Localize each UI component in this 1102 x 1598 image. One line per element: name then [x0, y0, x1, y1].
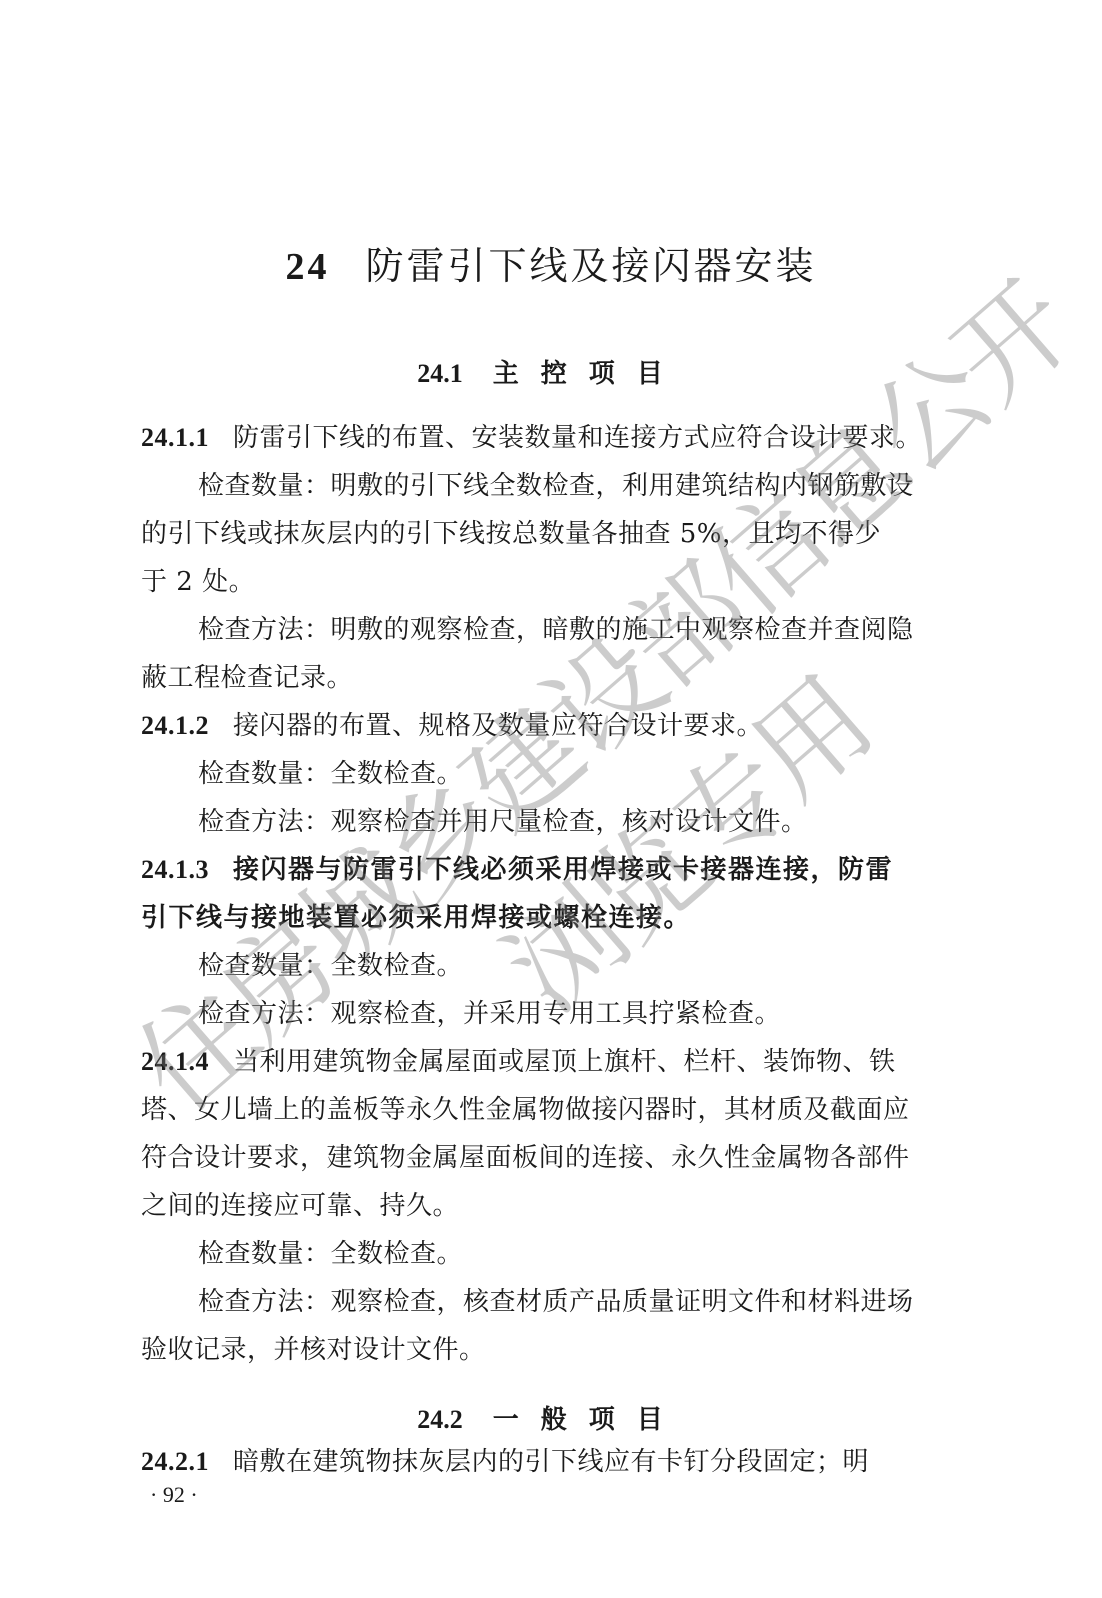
clause-number: 24.1.3 — [141, 855, 209, 884]
clause-number: 24.2.1 — [141, 1447, 209, 1476]
clause-24-1-4: 24.1.4当利用建筑物金属屋面或屋顶上旗杆、栏杆、装饰物、铁 — [141, 1042, 941, 1082]
check-method-line: 检查方法：明敷的观察检查，暗敷的施工中观察检查并查阅隐 — [198, 610, 998, 650]
clause-number: 24.1.2 — [141, 711, 209, 740]
chapter-title: 24防雷引下线及接闪器安装 — [0, 236, 1102, 297]
check-method-line: 蔽工程检查记录。 — [141, 658, 941, 698]
clause-number: 24.1.4 — [141, 1047, 209, 1076]
clause-text-continued: 引下线与接地装置必须采用焊接或螺栓连接。 — [141, 898, 941, 938]
clause-24-1-1: 24.1.1防雷引下线的布置、安装数量和连接方式应符合设计要求。 — [141, 418, 941, 458]
section-number: 24.1 — [417, 359, 463, 388]
page-number: · 92 · — [150, 1480, 198, 1510]
chapter-number: 24 — [285, 246, 329, 288]
section-title-24-2: 24.2一般项目 — [0, 1400, 1102, 1440]
chapter-title-text: 防雷引下线及接闪器安装 — [365, 244, 816, 288]
clause-text: 暗敷在建筑物抹灰层内的引下线应有卡钉分段固定；明 — [233, 1447, 869, 1477]
section-title-text: 一般项目 — [493, 1405, 685, 1435]
section-title-24-1: 24.1主控项目 — [0, 354, 1102, 394]
check-quantity-line: 检查数量：明敷的引下线全数检查，利用建筑结构内钢筋敷设 — [198, 466, 998, 506]
check-method-line: 检查方法：观察检查并用尺量检查，核对设计文件。 — [198, 802, 998, 842]
section-number: 24.2 — [417, 1405, 463, 1434]
clause-text: 当利用建筑物金属屋面或屋顶上旗杆、栏杆、装饰物、铁 — [233, 1047, 896, 1077]
clause-text-continued: 符合设计要求，建筑物金属屋面板间的连接、永久性金属物各部件 — [141, 1138, 941, 1178]
section-title-text: 主控项目 — [493, 359, 685, 389]
clause-text: 防雷引下线的布置、安装数量和连接方式应符合设计要求。 — [233, 423, 922, 453]
clause-text-continued: 之间的连接应可靠、持久。 — [141, 1186, 941, 1226]
check-quantity-line: 检查数量：全数检查。 — [198, 1234, 998, 1274]
check-quantity-line: 于 2 处。 — [141, 562, 941, 602]
clause-24-1-3: 24.1.3接闪器与防雷引下线必须采用焊接或卡接器连接，防雷 — [141, 850, 941, 890]
check-quantity-line: 检查数量：全数检查。 — [198, 754, 998, 794]
check-method-line: 验收记录，并核对设计文件。 — [141, 1330, 941, 1370]
clause-number: 24.1.1 — [141, 423, 209, 452]
clause-text-continued: 塔、女儿墙上的盖板等永久性金属物做接闪器时，其材质及截面应 — [141, 1090, 941, 1130]
clause-text: 接闪器的布置、规格及数量应符合设计要求。 — [233, 711, 763, 741]
check-quantity-line: 的引下线或抹灰层内的引下线按总数量各抽查 5%，且均不得少 — [141, 514, 941, 554]
document-page: 24防雷引下线及接闪器安装 24.1主控项目 24.1.1防雷引下线的布置、安装… — [0, 0, 1102, 1598]
check-quantity-line: 检查数量：全数检查。 — [198, 946, 998, 986]
clause-text: 接闪器与防雷引下线必须采用焊接或卡接器连接，防雷 — [233, 855, 893, 885]
clause-24-1-2: 24.1.2接闪器的布置、规格及数量应符合设计要求。 — [141, 706, 941, 746]
check-method-line: 检查方法：观察检查，核查材质产品质量证明文件和材料进场 — [198, 1282, 998, 1322]
clause-24-2-1: 24.2.1暗敷在建筑物抹灰层内的引下线应有卡钉分段固定；明 — [141, 1442, 941, 1482]
check-method-line: 检查方法：观察检查，并采用专用工具拧紧检查。 — [198, 994, 998, 1034]
